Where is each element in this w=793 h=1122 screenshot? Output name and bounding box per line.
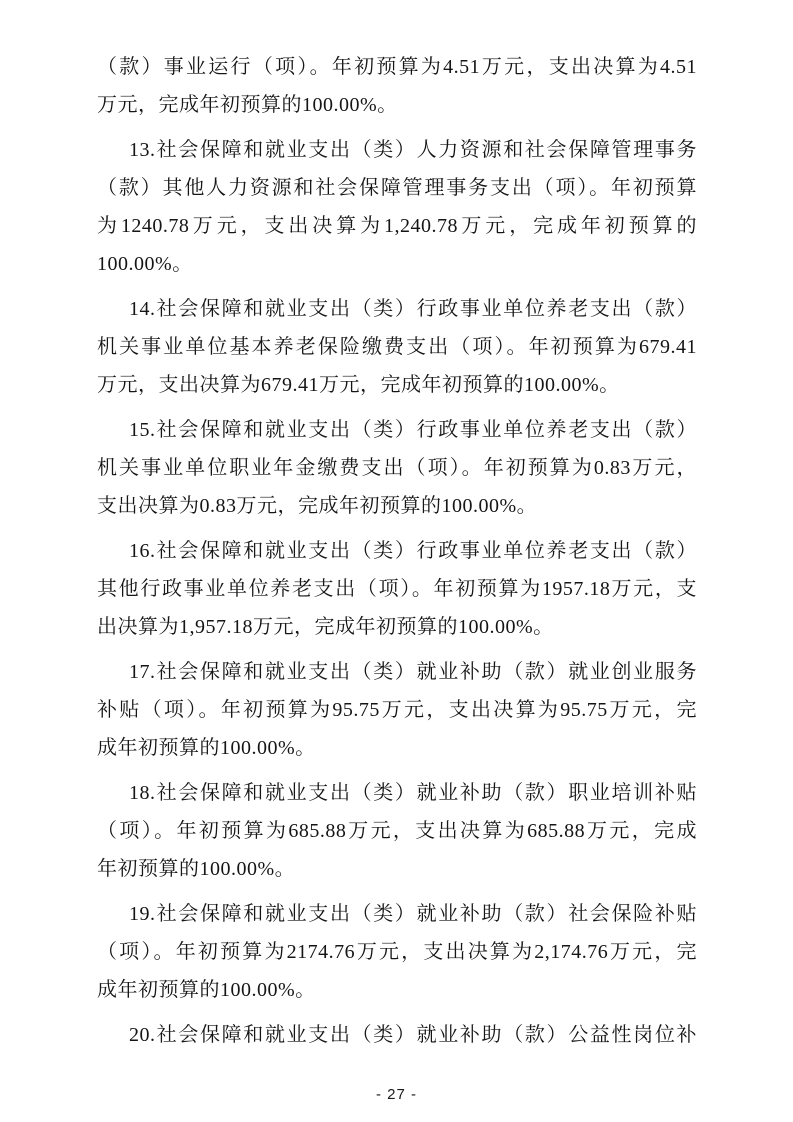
page-number: - 27 - (376, 1086, 417, 1103)
text-line: 20.社会保障和就业支出（类）就业补助（款）公益性岗位补 (97, 1016, 697, 1054)
text-line: （项）。年初预算为685.88万元，支出决算为685.88万元，完成 (97, 812, 697, 850)
text-line: 16.社会保障和就业支出（类）行政事业单位养老支出（款） (97, 532, 697, 570)
text-line: 为1240.78万元，支出决算为1,240.78万元，完成年初预算的 (97, 207, 697, 245)
text-line: 14.社会保障和就业支出（类）行政事业单位养老支出（款） (97, 290, 697, 328)
paragraph-item-17: 17.社会保障和就业支出（类）就业补助（款）就业创业服务补贴（项）。年初预算为9… (97, 653, 697, 767)
text-line: 万元，完成年初预算的100.00%。 (97, 86, 697, 124)
text-line: 出决算为1,957.18万元，完成年初预算的100.00%。 (97, 608, 697, 646)
text-line: 机关事业单位基本养老保险缴费支出（项）。年初预算为679.41 (97, 328, 697, 366)
paragraph-item-16: 16.社会保障和就业支出（类）行政事业单位养老支出（款）其他行政事业单位养老支出… (97, 532, 697, 646)
document-body: （款）事业运行（项）。年初预算为4.51万元，支出决算为4.51万元，完成年初预… (97, 48, 697, 1061)
paragraph-item-18: 18.社会保障和就业支出（类）就业补助（款）职业培训补贴（项）。年初预算为685… (97, 774, 697, 888)
text-line: 成年初预算的100.00%。 (97, 971, 697, 1009)
text-line: （项）。年初预算为2174.76万元，支出决算为2,174.76万元，完 (97, 933, 697, 971)
text-line: 100.00%。 (97, 245, 697, 283)
text-line: 支出决算为0.83万元，完成年初预算的100.00%。 (97, 487, 697, 525)
text-line: （款）事业运行（项）。年初预算为4.51万元，支出决算为4.51 (97, 48, 697, 86)
text-line: 机关事业单位职业年金缴费支出（项）。年初预算为0.83万元， (97, 449, 697, 487)
text-line: 18.社会保障和就业支出（类）就业补助（款）职业培训补贴 (97, 774, 697, 812)
text-line: 13.社会保障和就业支出（类）人力资源和社会保障管理事务 (97, 131, 697, 169)
paragraph-item-20: 20.社会保障和就业支出（类）就业补助（款）公益性岗位补 (97, 1016, 697, 1054)
paragraph-item-13: 13.社会保障和就业支出（类）人力资源和社会保障管理事务（款）其他人力资源和社会… (97, 131, 697, 283)
text-line: 成年初预算的100.00%。 (97, 729, 697, 767)
paragraph-item-12-continued: （款）事业运行（项）。年初预算为4.51万元，支出决算为4.51万元，完成年初预… (97, 48, 697, 124)
text-line: 年初预算的100.00%。 (97, 850, 697, 888)
text-line: 19.社会保障和就业支出（类）就业补助（款）社会保险补贴 (97, 895, 697, 933)
paragraph-item-15: 15.社会保障和就业支出（类）行政事业单位养老支出（款）机关事业单位职业年金缴费… (97, 411, 697, 525)
text-line: 15.社会保障和就业支出（类）行政事业单位养老支出（款） (97, 411, 697, 449)
text-line: 万元，支出决算为679.41万元，完成年初预算的100.00%。 (97, 366, 697, 404)
paragraph-item-19: 19.社会保障和就业支出（类）就业补助（款）社会保险补贴（项）。年初预算为217… (97, 895, 697, 1009)
text-line: 补贴（项）。年初预算为95.75万元，支出决算为95.75万元，完 (97, 691, 697, 729)
text-line: 17.社会保障和就业支出（类）就业补助（款）就业创业服务 (97, 653, 697, 691)
page-footer: - 27 - (0, 1086, 793, 1104)
paragraph-item-14: 14.社会保障和就业支出（类）行政事业单位养老支出（款）机关事业单位基本养老保险… (97, 290, 697, 404)
text-line: 其他行政事业单位养老支出（项）。年初预算为1957.18万元，支 (97, 570, 697, 608)
document-page: （款）事业运行（项）。年初预算为4.51万元，支出决算为4.51万元，完成年初预… (0, 0, 793, 1122)
text-line: （款）其他人力资源和社会保障管理事务支出（项）。年初预算 (97, 169, 697, 207)
